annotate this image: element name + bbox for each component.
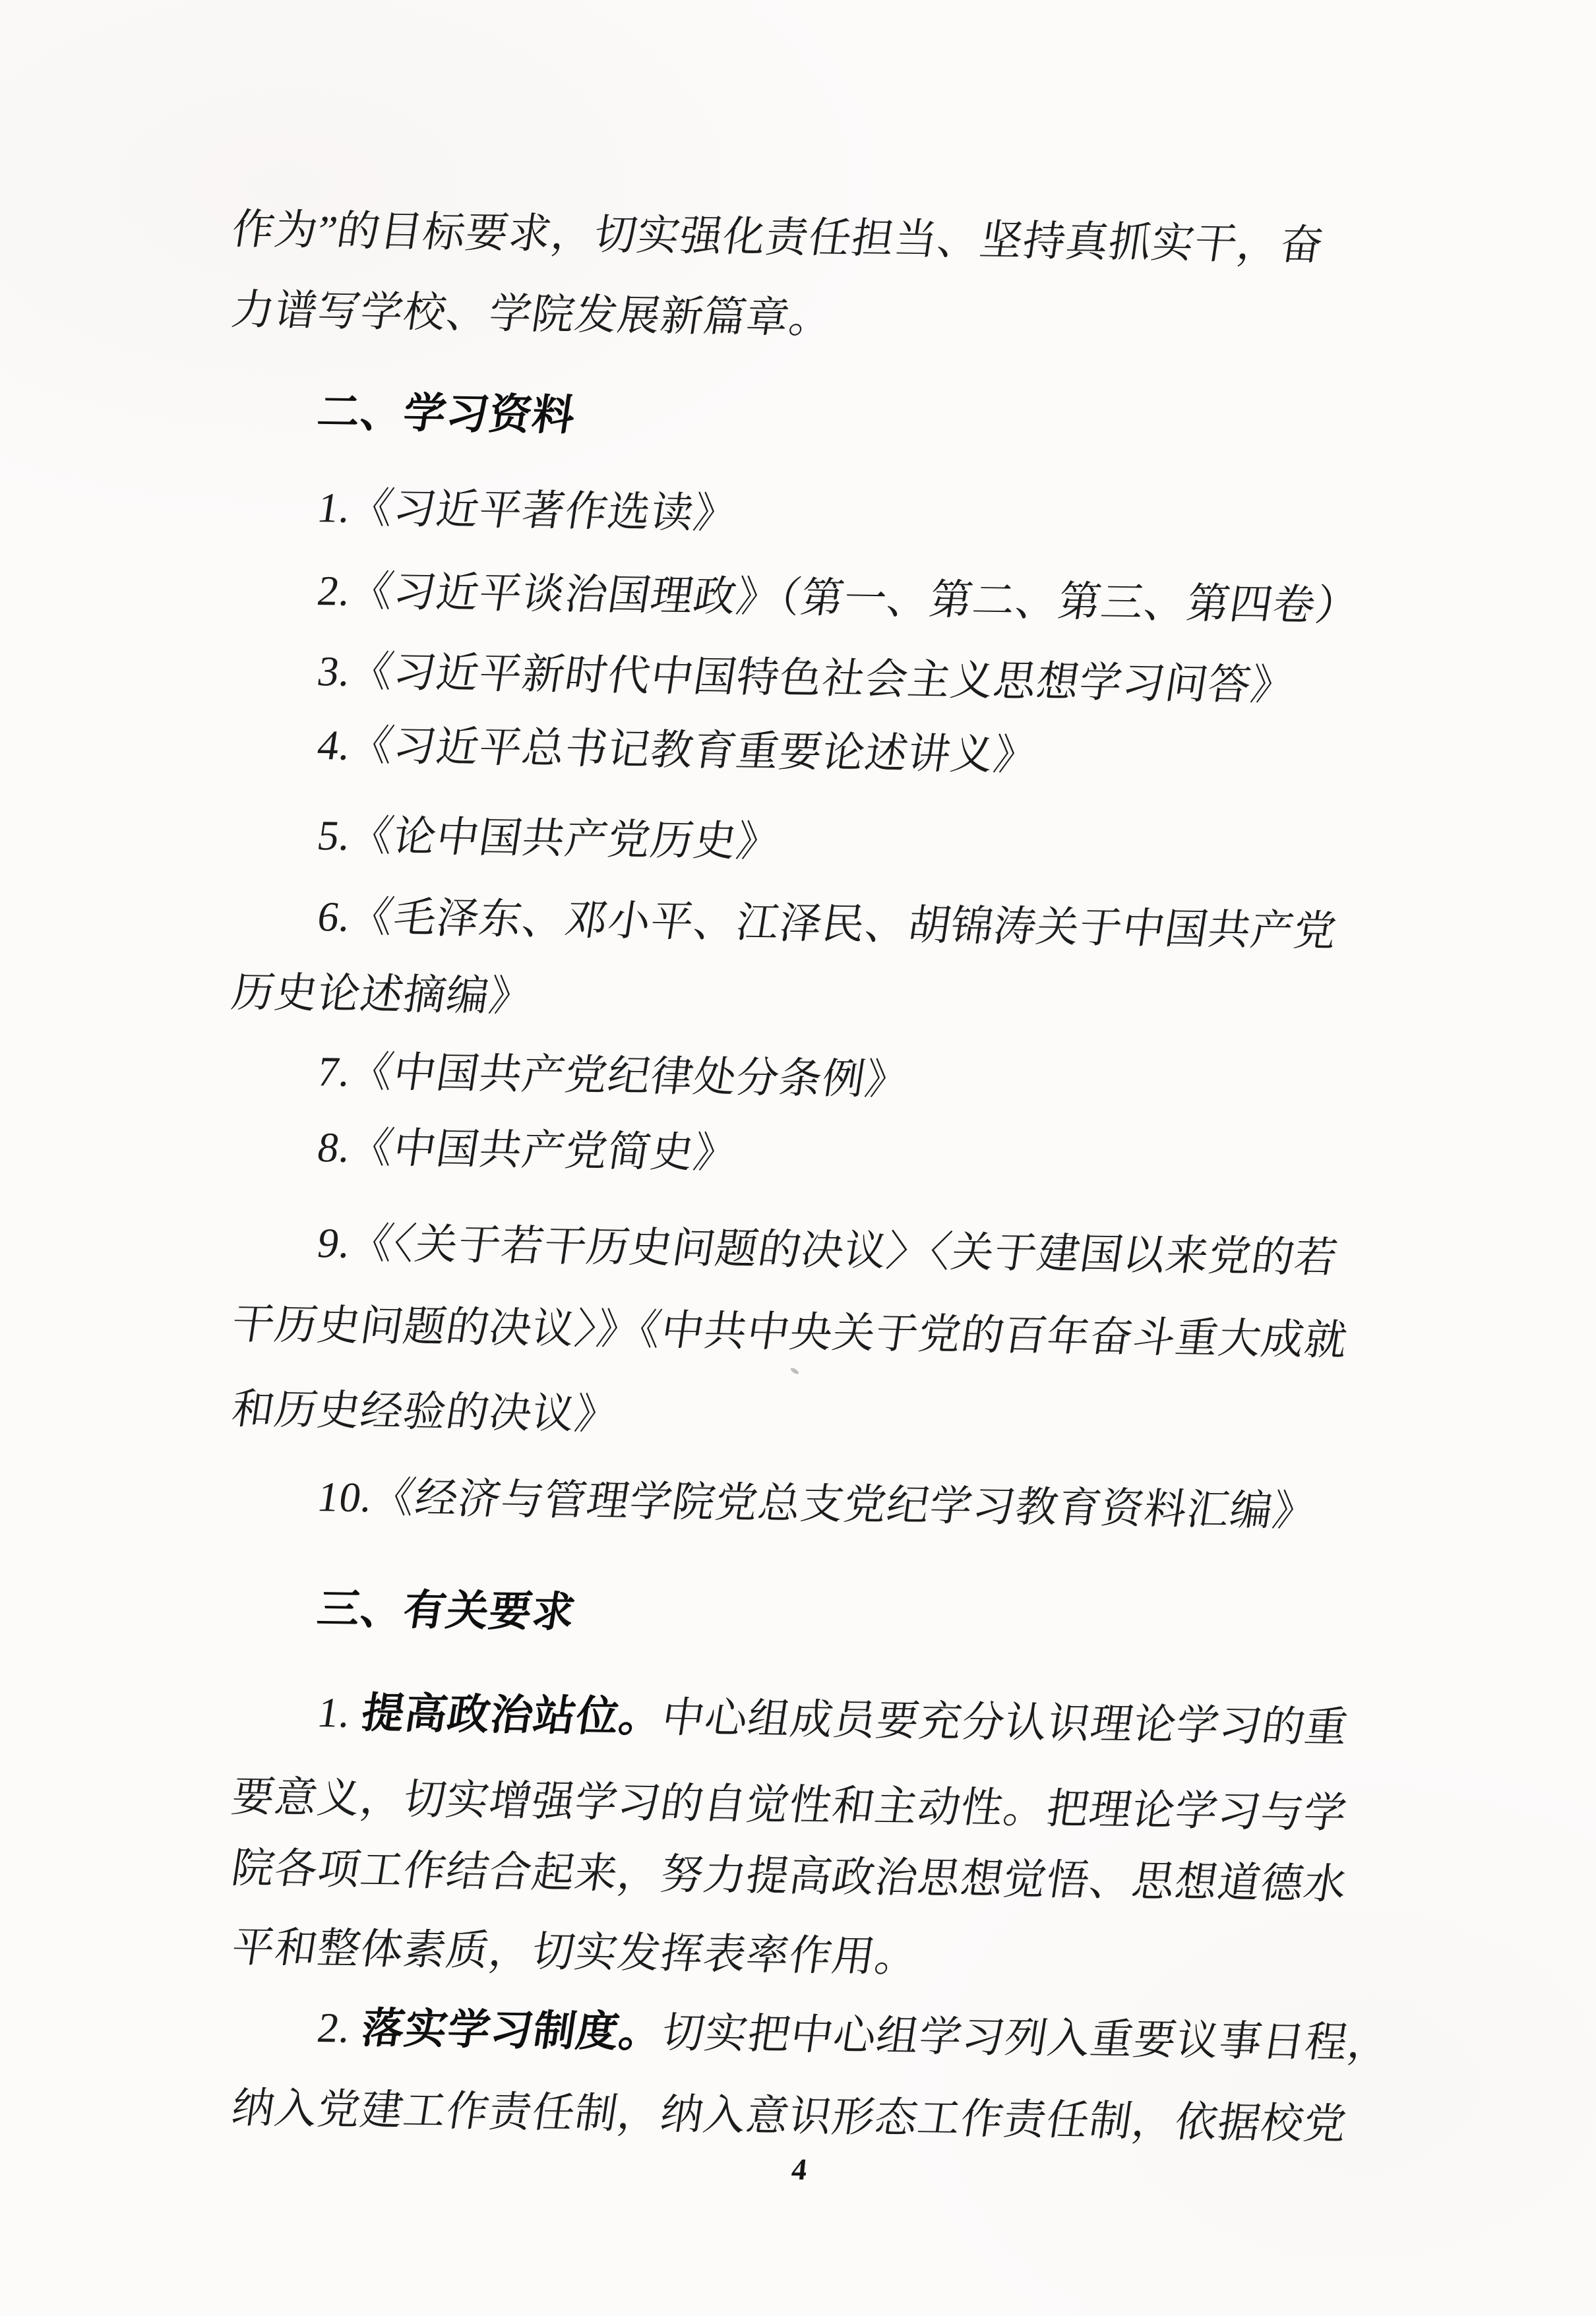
text-segment: 1.《习近平著作选读》 [315,484,741,537]
text-line: 纳入党建工作责任制，纳入意识形态工作责任制，依据校党 [232,2066,1347,2150]
bold-text-segment: 落实学习制度。 [359,2005,666,2056]
list-item: 5.《论中国共产党历史》 [318,793,780,878]
text-line: 干历史问题的决议〉》《中共中央关于党的百年奋斗重大成就 [232,1282,1347,1366]
text-line-content: 力谱写学校、学院发展新篇章。 [226,268,838,361]
text-segment: 1. [315,1689,366,1736]
text-line-content: 8.《中国共产党简史》 [311,1105,743,1196]
list-item: 3.《习近平新时代中国特色社会主义思想学习问答》 [318,629,1294,714]
section-heading: 三、有关要求 [318,1567,575,1651]
list-item: 9.《〈关于若干历史问题的决议〉〈关于建国以来党的若 [318,1201,1337,1285]
text-segment: 2. [315,2004,366,2052]
text-segment: 10.《经济与管理学院党总支党纪学习教育资料汇编》 [315,1473,1320,1535]
text-line: 平和整体素质，切实发挥表率作用。 [232,1905,918,1990]
text-line-content: 历史论述摘编》 [226,950,538,1039]
text-segment: 力谱写学校、学院发展新篇章。 [229,286,836,342]
text-line: 和历史经验的决议》 [232,1367,618,1451]
text-line: 作为”的目标要求，切实强化责任担当、坚持真抓实干，奋 [232,187,1323,272]
text-segment: 3.《习近平新时代中国特色社会主义思想学习问答》 [315,648,1298,709]
bold-text-segment: 三、有关要求 [315,1585,579,1636]
scanned-document-page: 作为”的目标要求，切实强化责任担当、坚持真抓实干，奋力谱写学校、学院发展新篇章。… [0,0,1596,2316]
text-segment: 历史论述摘编》 [229,969,536,1020]
list-item: 7.《中国共产党纪律处分条例》 [318,1029,908,1114]
text-segment: 6.《毛泽东、邓小平、江泽民、胡锦涛关于中国共产党 [315,893,1341,955]
text-line: 院各项工作结合起来，努力提高政治思想觉悟、思想道德水 [232,1826,1347,1910]
text-segment: 9.《〈关于若干历史问题的决议〉〈关于建国以来党的若 [315,1219,1341,1281]
bold-text-segment: 提高政治站位。 [359,1690,666,1741]
text-line-content: 4.《习近平总书记教育重要论述讲义》 [311,703,1043,798]
text-segment: 8.《中国共产党简史》 [315,1124,741,1176]
list-item: 6.《毛泽东、邓小平、江泽民、胡锦涛关于中国共产党 [318,874,1337,959]
text-segment: 中心组成员要充分认识理论学习的重 [659,1694,1352,1751]
bold-text-segment: 二、学习资料 [315,388,579,439]
text-segment: 7.《中国共产党纪律处分条例》 [315,1048,912,1103]
text-line-content: 1.《习近平著作选读》 [311,466,743,556]
document-body: 作为”的目标要求，切实强化责任担当、坚持真抓实干，奋力谱写学校、学院发展新篇章。… [0,0,1596,2316]
text-line-content: 5.《论中国共产党历史》 [311,793,785,884]
text-segment: 院各项工作结合起来，努力提高政治思想觉悟、思想道德水 [229,1844,1351,1908]
text-line-content: 三、有关要求 [311,1567,581,1655]
text-line-content: 和历史经验的决议》 [226,1367,624,1457]
list-item: 1.《习近平著作选读》 [318,466,737,550]
text-line-content: 10.《经济与管理学院党总支党纪学习教育资料汇编》 [311,1455,1322,1554]
text-line-content: 二、学习资料 [311,370,581,458]
list-item: 1. 提高政治站位。中心组成员要充分认识理论学习的重 [318,1670,1348,1755]
text-segment: 纳入党建工作责任制，纳入意识形态工作责任制，依据校党 [229,2085,1351,2148]
text-line: 历史论述摘编》 [232,950,532,1035]
text-segment: 和历史经验的决议》 [229,1386,622,1438]
text-segment: 平和整体素质，切实发挥表率作用。 [229,1924,922,1980]
text-segment: 作为”的目标要求，切实强化责任担当、坚持真抓实干，奋 [229,206,1327,268]
list-item: 8.《中国共产党简史》 [318,1105,737,1190]
list-item: 10.《经济与管理学院党总支党纪学习教育资料汇编》 [318,1455,1316,1539]
page-number: 4 [778,2148,822,2191]
list-item: 2.《习近平谈治国理政》（第一、第二、第三、第四卷） [318,549,1359,633]
text-segment: 5.《论中国共产党历史》 [315,812,783,865]
list-item: 2. 落实学习制度。切实把中心组学习列入重要议事日程， [318,1986,1391,2070]
text-segment: 切实把中心组学习列入重要议事日程， [659,2009,1395,2067]
text-segment: 2.《习近平谈治国理政》（第一、第二、第三、第四卷） [315,567,1363,629]
text-segment: 干历史问题的决议〉》《中共中央关于党的百年奋斗重大成就 [229,1300,1351,1364]
list-item: 4.《习近平总书记教育重要论述讲义》 [318,703,1037,787]
text-segment: 4.《习近平总书记教育重要论述讲义》 [315,721,1041,779]
section-heading: 二、学习资料 [318,370,575,454]
text-line: 力谱写学校、学院发展新篇章。 [232,268,832,352]
